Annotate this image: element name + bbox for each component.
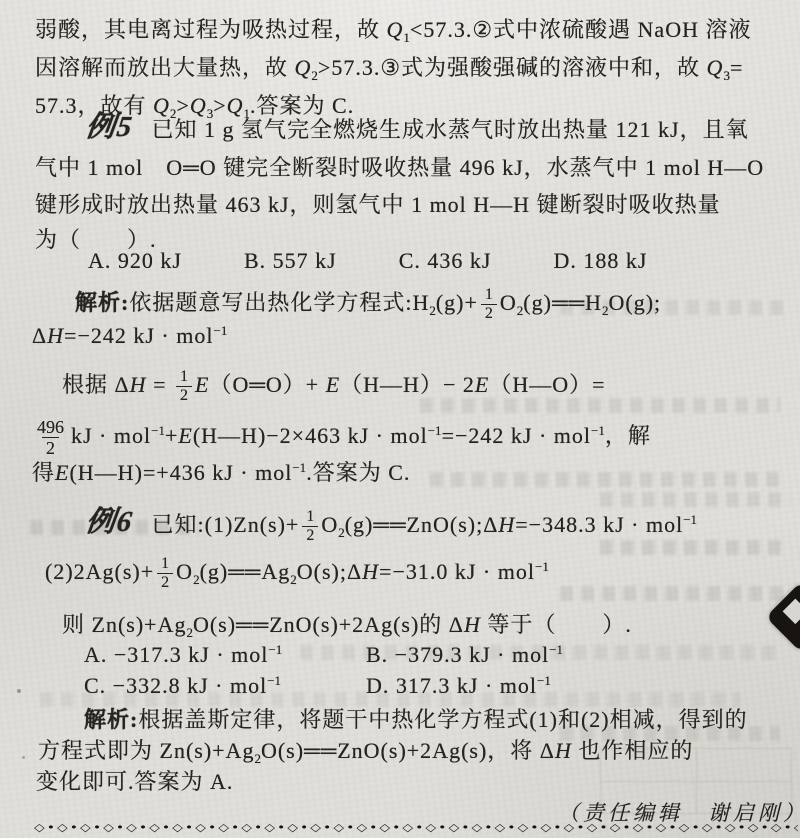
example5-label: 例5 [84, 113, 135, 141]
option-b: B. −379.3 kJ · mol−1 [366, 642, 563, 667]
example5-intro-line-2: 气中 1 mol O═O 键完全断裂时吸收热量 496 kJ，水蒸气中 1 mo… [35, 154, 764, 182]
example5-analysis-line-4: 4962kJ · mol−1+E(H—H)−2×463 kJ · mol−1=−… [30, 408, 651, 464]
bleedthrough-smudge [560, 586, 788, 601]
option-d: D. 317.3 kJ · mol−1 [366, 673, 551, 698]
page-margin-marker-icon [766, 582, 800, 653]
example6-given-line-1: 例6已知:(1)Zn(s)+12O2(g)══ZnO(s);ΔH=−348.3 … [86, 500, 697, 548]
fraction-496-over-2: 4962 [33, 418, 68, 458]
option-a: A. −317.3 kJ · mol−1 [84, 641, 366, 669]
example5-analysis-line-2: ΔH=−242 kJ · mol−1 [32, 322, 227, 350]
example6-options-row-2: C. −332.8 kJ · mol−1D. 317.3 kJ · mol−1 [84, 672, 551, 700]
fraction-one-half: 12 [157, 556, 173, 592]
example6-given-line-2: (2)2Ag(s)+12O2(g)══Ag2O(s);ΔH=−31.0 kJ ·… [45, 549, 549, 595]
solution-prev-line-2: 因溶解而放出大量热，故 Q2>57.3.③式为强酸强碱的溶液中和，故 Q3= [35, 54, 743, 82]
footer-diamond-border: ◇•◇•◇•◇•◇•◇•◇•◇•◇•◇•◇•◇•◇•◇•◇•◇•◇•◇•◇•◇•… [34, 822, 798, 834]
example5-analysis-line-1: 解析:依据题意写出热化学方程式:H2(g)+12O2(g)══H2O(g); [75, 280, 661, 326]
example6-question-line: 则 Zn(s)+Ag2O(s)══ZnO(s)+2Ag(s)的 ΔH 等于（ ）… [62, 611, 632, 639]
example5-options: A. 920 kJB. 557 kJC. 436 kJD. 188 kJ [88, 247, 647, 275]
example6-label: 例6 [83, 499, 136, 545]
bleedthrough-smudge [430, 472, 780, 487]
option-d: D. 188 kJ [553, 248, 647, 273]
fraction-one-half: 12 [176, 369, 192, 405]
example5-analysis-line-5: 得E(H—H)=+436 kJ · mol−1.答案为 C. [32, 459, 410, 487]
example5-intro-line-1: 例5已知 1 g 氢气完全燃烧生成水蒸气时放出热量 121 kJ，且氧 [86, 114, 749, 144]
option-b: B. 557 kJ [244, 247, 337, 275]
example6-options-row-1: A. −317.3 kJ · mol−1B. −379.3 kJ · mol−1 [84, 641, 563, 669]
example6-analysis-line-2: 方程式即为 Zn(s)+Ag2O(s)══ZnO(s)+2Ag(s)，将 ΔH … [38, 737, 693, 765]
ink-speck [22, 756, 25, 759]
marker-inner-diamond [783, 599, 800, 624]
fraction-one-half: 12 [302, 509, 318, 545]
solution-prev-line-1: 弱酸，其电离过程为吸热过程，故 Q1<57.3.②式中浓硫酸遇 NaOH 溶液 [35, 16, 751, 44]
fraction-one-half: 12 [481, 287, 497, 323]
ink-speck [17, 689, 21, 693]
example6-analysis-line-1: 解析:根据盖斯定律，将题干中热化学方程式(1)和(2)相减，得到的 [84, 706, 748, 734]
example5-intro-line-3: 键形成时放出热量 463 kJ，则氢气中 1 mol H—H 键断裂时吸收热量 [35, 191, 721, 219]
option-c: C. −332.8 kJ · mol−1 [84, 672, 366, 700]
analysis-label: 解析: [84, 707, 138, 732]
option-a: A. 920 kJ [88, 247, 182, 275]
example5-analysis-line-3: 根据 ΔH = 12E（O═O）+ E（H—H）− 2E（H—O）= [62, 362, 606, 408]
option-c: C. 436 kJ [399, 247, 492, 275]
analysis-label: 解析: [75, 290, 129, 315]
example6-analysis-line-3: 变化即可.答案为 A. [36, 768, 233, 796]
scanned-textbook-page: 弱酸，其电离过程为吸热过程，故 Q1<57.3.②式中浓硫酸遇 NaOH 溶液 … [0, 0, 800, 838]
